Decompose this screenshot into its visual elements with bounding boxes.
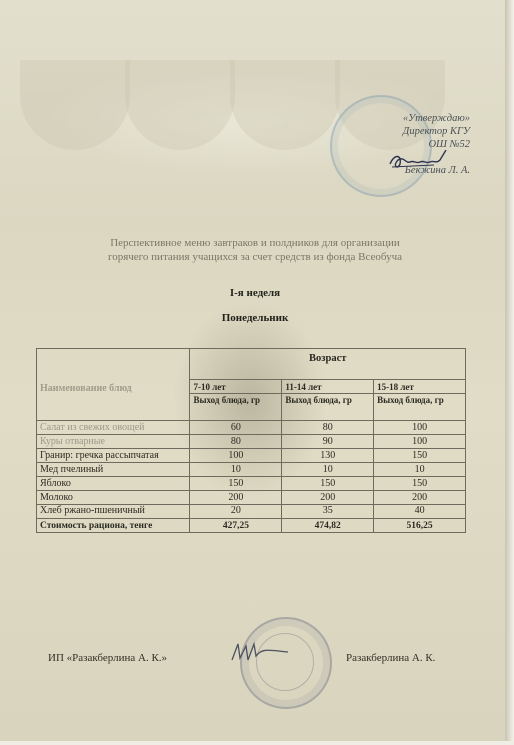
- table-row: Салат из свежих овощей 60 80 100: [37, 421, 466, 435]
- table-row: Хлеб ржано-пшеничный 20 35 40: [37, 505, 466, 519]
- dish-yield: 100: [374, 435, 466, 449]
- dish-name: Гранир: гречка рассыпчатая: [37, 449, 190, 463]
- signature-icon: [388, 150, 448, 172]
- menu-intro: Перспективное меню завтраков и полдников…: [50, 236, 460, 264]
- total-cost: 427,25: [190, 519, 282, 533]
- dish-yield: 150: [374, 449, 466, 463]
- dish-yield: 60: [190, 421, 282, 435]
- age-header: Возраст: [190, 349, 466, 380]
- intro-line: горячего питания учащихся за счет средст…: [50, 250, 460, 264]
- dish-yield: 150: [282, 477, 374, 491]
- menu-table: Наименование блюд Возраст 7-10 лет 11-14…: [36, 348, 466, 533]
- dish-yield: 20: [190, 505, 282, 519]
- dish-yield: 130: [282, 449, 374, 463]
- dish-yield: 200: [374, 491, 466, 505]
- total-cost: 516,25: [374, 519, 466, 533]
- dish-name: Салат из свежих овощей: [37, 421, 190, 435]
- day-title: Понедельник: [170, 312, 340, 324]
- age-group: 7-10 лет: [190, 380, 282, 394]
- dish-yield: 200: [190, 491, 282, 505]
- week-title: I-я неделя: [170, 287, 340, 299]
- frame-edge: [505, 0, 514, 745]
- yield-label: Выход блюда, гр: [374, 394, 466, 421]
- yield-label: Выход блюда, гр: [282, 394, 374, 421]
- dish-name: Куры отварные: [37, 435, 190, 449]
- dish-yield: 100: [190, 449, 282, 463]
- dish-yield: 40: [374, 505, 466, 519]
- dish-yield: 150: [374, 477, 466, 491]
- dish-yield: 90: [282, 435, 374, 449]
- table-row: Молоко 200 200 200: [37, 491, 466, 505]
- dish-name: Мед пчелиный: [37, 463, 190, 477]
- reflection-shape: [20, 60, 130, 150]
- dish-yield: 200: [282, 491, 374, 505]
- yield-label: Выход блюда, гр: [190, 394, 282, 421]
- total-label: Стоимость рациона, тенге: [37, 519, 190, 533]
- dish-yield: 35: [282, 505, 374, 519]
- table-row: Гранир: гречка рассыпчатая 100 130 150: [37, 449, 466, 463]
- table-row: Мед пчелиный 10 10 10: [37, 463, 466, 477]
- dish-yield: 80: [190, 435, 282, 449]
- dish-yield: 10: [374, 463, 466, 477]
- table-header-row: Наименование блюд Возраст: [37, 349, 466, 380]
- age-group: 11-14 лет: [282, 380, 374, 394]
- dish-name: Молоко: [37, 491, 190, 505]
- signature-icon: [228, 640, 290, 666]
- table-row: Яблоко 150 150 150: [37, 477, 466, 491]
- supplier-name: ИП «Разакберлина А. К.»: [48, 652, 167, 664]
- document-page: «Утверждаю» Директор КГУ ОШ №52 Бекжина …: [0, 0, 505, 742]
- dish-yield: 80: [282, 421, 374, 435]
- table-row: Куры отварные 80 90 100: [37, 435, 466, 449]
- reflection-shape: [125, 60, 235, 150]
- frame-edge: [0, 741, 514, 745]
- dish-yield: 100: [374, 421, 466, 435]
- dish-yield: 10: [282, 463, 374, 477]
- dish-yield: 10: [190, 463, 282, 477]
- total-cost: 474,82: [282, 519, 374, 533]
- total-row: Стоимость рациона, тенге 427,25 474,82 5…: [37, 519, 466, 533]
- dish-name-header: Наименование блюд: [37, 349, 190, 421]
- dish-name: Яблоко: [37, 477, 190, 491]
- dish-yield: 150: [190, 477, 282, 491]
- intro-line: Перспективное меню завтраков и полдников…: [50, 236, 460, 250]
- dish-name: Хлеб ржано-пшеничный: [37, 505, 190, 519]
- supplier-signatory: Разакберлина А. К.: [346, 652, 435, 664]
- reflection-shape: [230, 60, 340, 150]
- approval-line: «Утверждаю»: [360, 112, 470, 125]
- approval-line: Директор КГУ: [360, 125, 470, 138]
- age-group: 15-18 лет: [374, 380, 466, 394]
